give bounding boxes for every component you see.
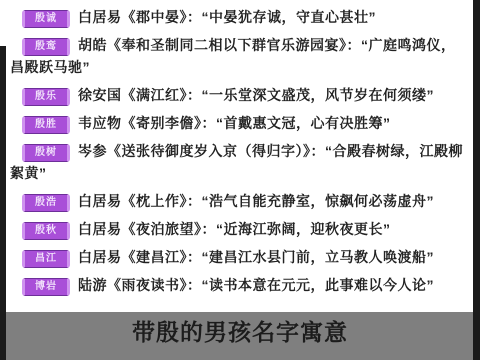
article-page: 殷诚白居易《郡中晏》：“中晏犹存诚，守直心甚壮” 殷鸾胡皓《奉和圣制同二相以下群… (0, 0, 480, 360)
list-item: 殷诚白居易《郡中晏》：“中晏犹存诚，守直心甚壮” (10, 6, 466, 28)
list-item: 殷树岑参《送张待御度岁入京（得归字）》：“合殿春树绿，江殿柳絮黄” (10, 140, 466, 184)
name-tag-badge[interactable]: 殷鸾 (22, 38, 70, 56)
name-tag-badge[interactable]: 博岩 (22, 278, 70, 296)
poem-citation-text: 胡皓《奉和圣制同二相以下群官乐游园宴》：“广庭鸣鸿仪，昌殿跃马驰” (10, 37, 456, 75)
caption-overlay-band: 带殷的男孩名字寓意 (0, 312, 480, 360)
list-item: 昌江白居易《建昌江》：“建昌江水县门前，立马教人唤渡船” (10, 246, 466, 268)
list-item: 殷胜韦应物《寄别李儋》：“首戴惠文冠，心有决胜筹” (10, 112, 466, 134)
poem-citation-text: 白居易《郡中晏》：“中晏犹存诚，守直心甚壮” (78, 9, 376, 25)
frame-edge-right (473, 0, 480, 360)
name-tag-badge[interactable]: 殷浩 (22, 194, 70, 212)
poem-citation-text: 白居易《建昌江》：“建昌江水县门前，立马教人唤渡船” (78, 249, 434, 265)
name-tag-badge[interactable]: 殷胜 (22, 116, 70, 134)
poem-citation-text: 徐安国《满江红》：“一乐堂深文盛茂，风节岁在何须缕” (78, 87, 434, 103)
poem-citation-text: 白居易《枕上作》：“浩气自能充静室，惊飙何必荡虚舟” (78, 193, 434, 209)
poem-citation-text: 白居易《夜泊旅望》：“近海江弥阔，迎秋夜更长” (78, 221, 391, 237)
list-item: 殷浩白居易《枕上作》：“浩气自能充静室，惊飙何必荡虚舟” (10, 190, 466, 212)
poem-citation-text: 陆游《雨夜读书》：“读书本意在元元，此事难以今人论” (78, 277, 434, 293)
name-tag-badge[interactable]: 昌江 (22, 250, 70, 268)
poem-citation-text: 岑参《送张待御度岁入京（得归字）》：“合殿春树绿，江殿柳絮黄” (10, 143, 463, 181)
list-item: 殷鸾胡皓《奉和圣制同二相以下群官乐游园宴》：“广庭鸣鸿仪，昌殿跃马驰” (10, 34, 466, 78)
name-tag-badge[interactable]: 殷诚 (22, 10, 70, 28)
name-tag-badge[interactable]: 殷秋 (22, 222, 70, 240)
list-item: 博岩陆游《雨夜读书》：“读书本意在元元，此事难以今人论” (10, 274, 466, 296)
poem-citation-text: 韦应物《寄别李儋》：“首戴惠文冠，心有决胜筹” (78, 115, 391, 131)
video-caption-title: 带殷的男孩名字寓意 (132, 314, 348, 347)
name-entry-list: 殷诚白居易《郡中晏》：“中晏犹存诚，守直心甚壮” 殷鸾胡皓《奉和圣制同二相以下群… (10, 6, 466, 302)
name-tag-badge[interactable]: 殷乐 (22, 88, 70, 106)
list-item: 殷秋白居易《夜泊旅望》：“近海江弥阔，迎秋夜更长” (10, 218, 466, 240)
list-item: 殷乐徐安国《满江红》：“一乐堂深文盛茂，风节岁在何须缕” (10, 84, 466, 106)
frame-edge-left (0, 46, 6, 360)
name-tag-badge[interactable]: 殷树 (22, 144, 70, 162)
